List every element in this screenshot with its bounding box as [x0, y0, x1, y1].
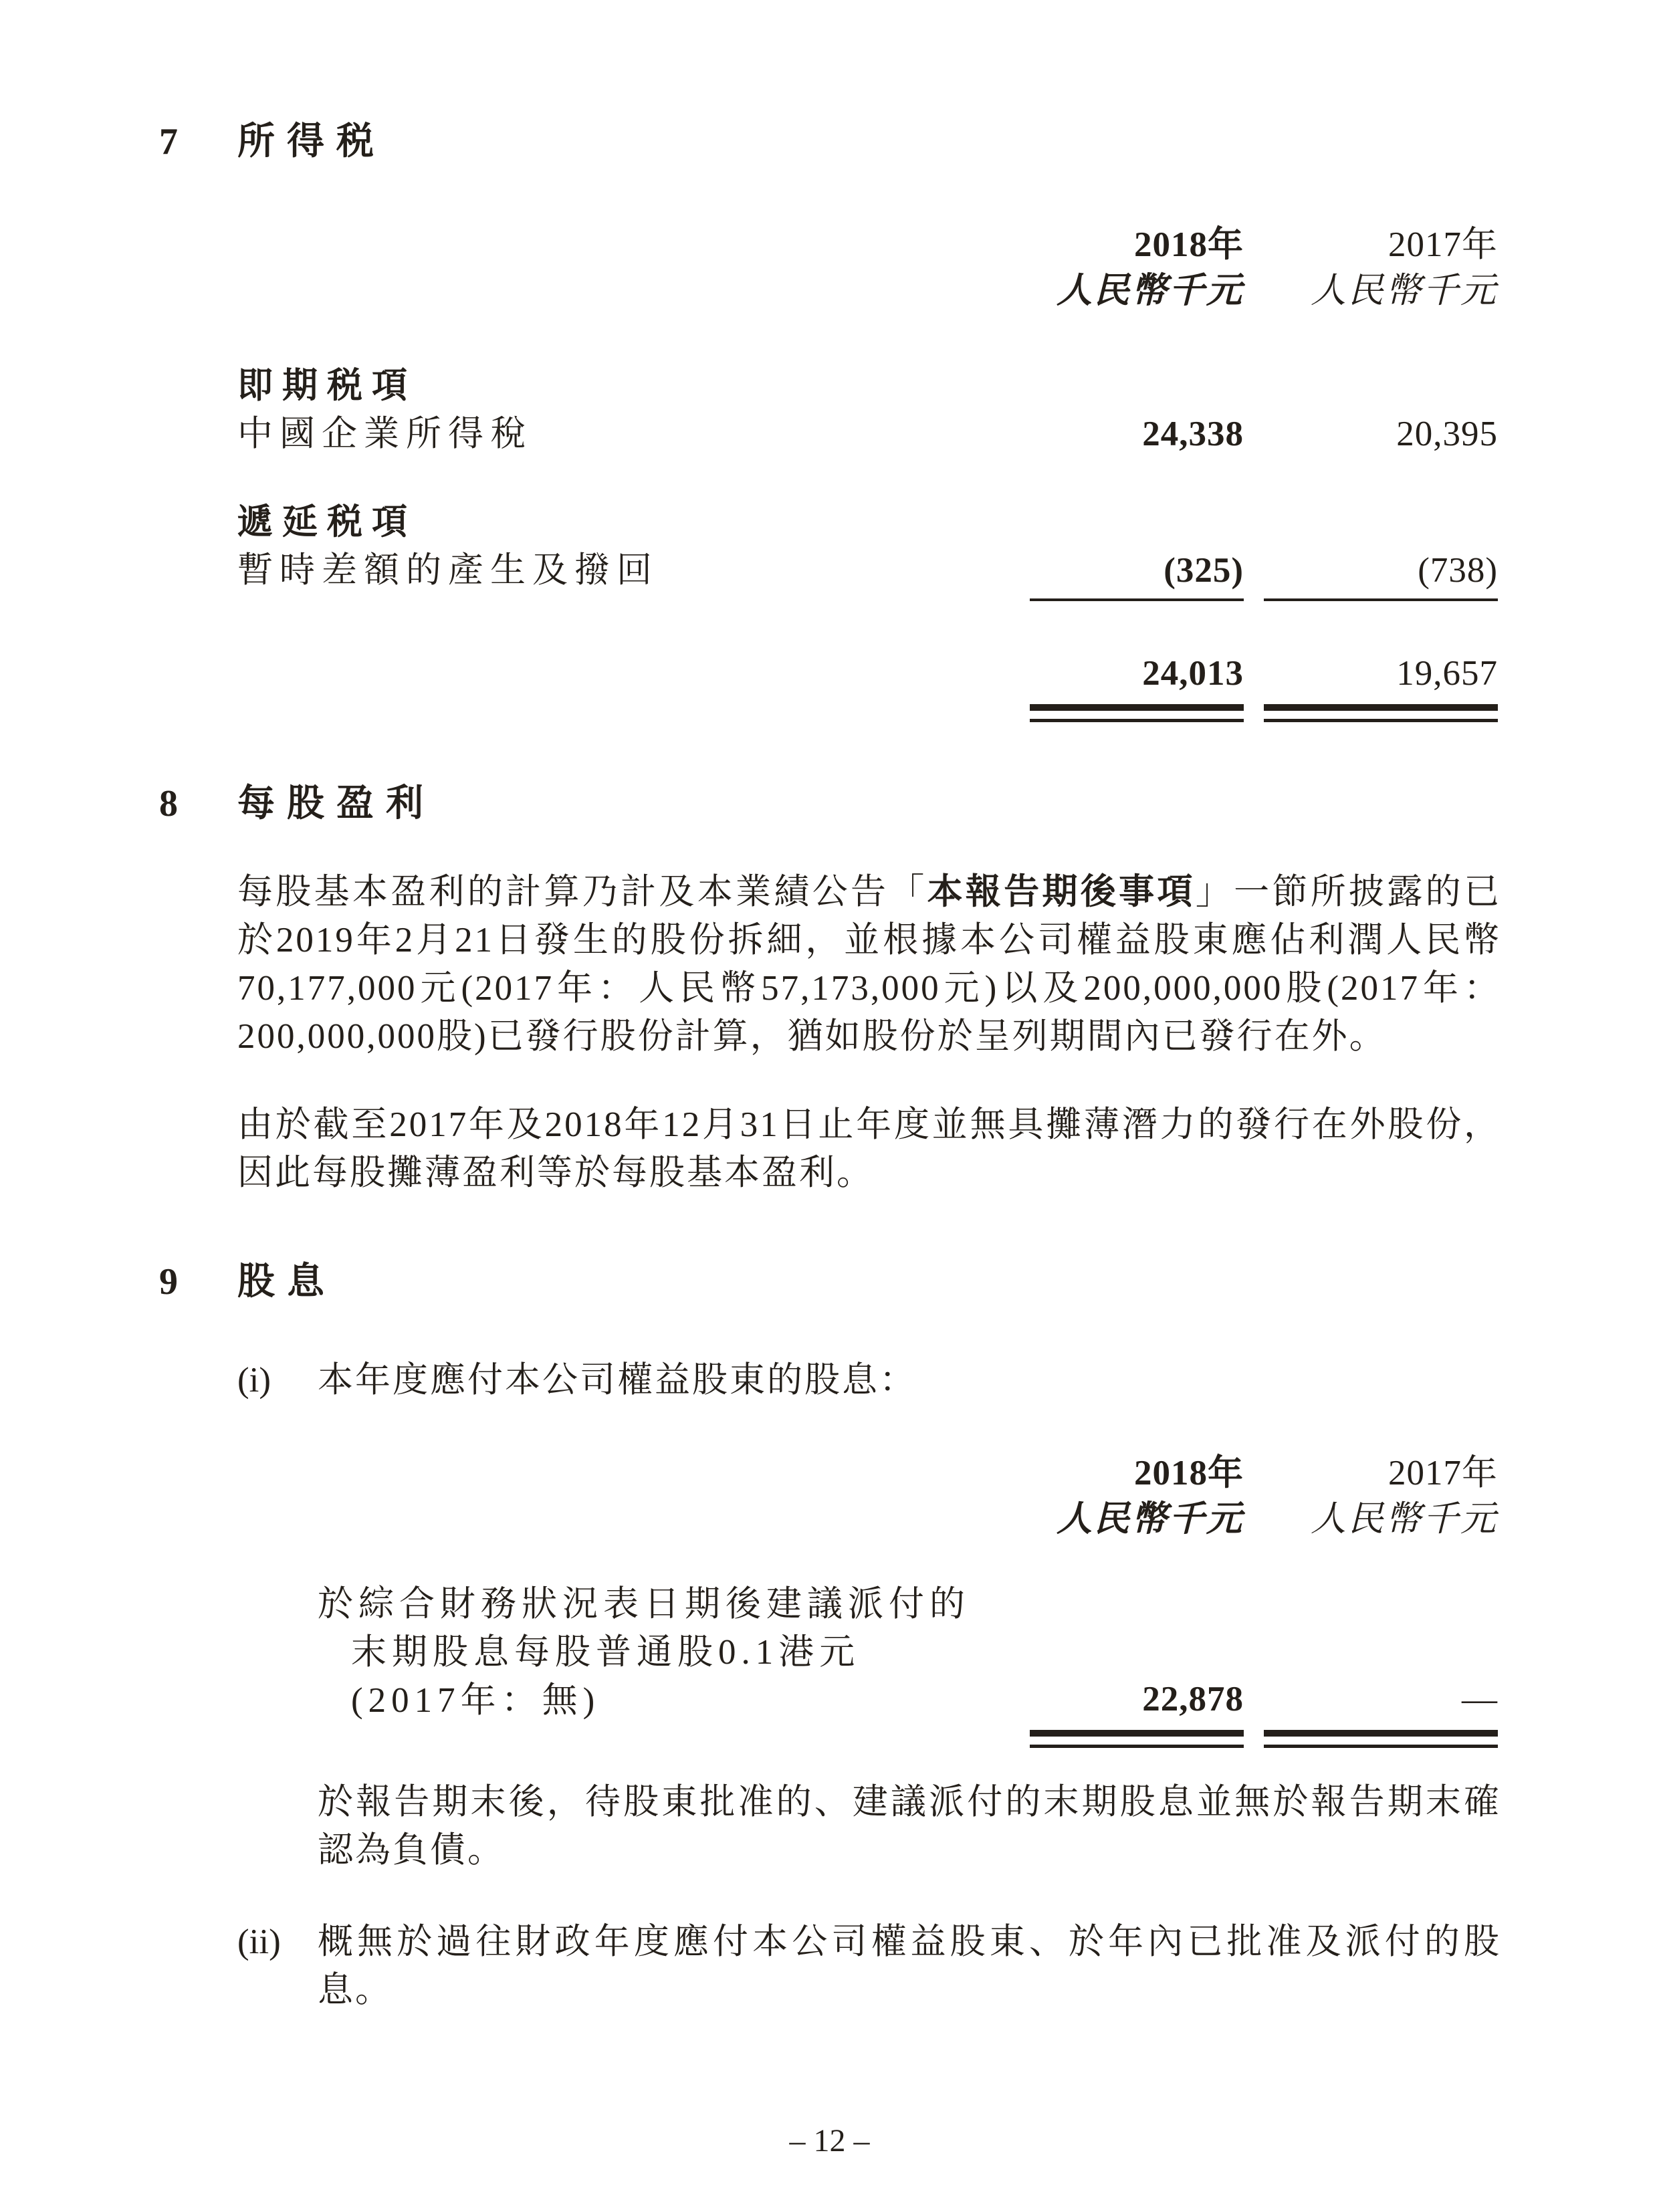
proposed-final-dividend-label: 於綜合財務狀況表日期後建議派付的 末期股息每股普通股0.1港元 (2017年：無… — [237, 1580, 1010, 1725]
double-rule-2018 — [1030, 704, 1244, 722]
single-rule-2018 — [1030, 598, 1244, 601]
col-2017-unit-header: 人民幣千元 — [1264, 1495, 1498, 1543]
current-tax-group-row: 即期税項 — [237, 362, 1498, 410]
table-header-year-row: 2018年 2017年 — [237, 1451, 1498, 1495]
deferred-tax-group-row: 遞延税項 — [237, 498, 1498, 546]
table-header-year-row: 2018年 2017年 — [237, 223, 1498, 267]
china-eit-2017-value: 20,395 — [1264, 410, 1498, 458]
table-header-unit-row: 人民幣千元 人民幣千元 — [237, 1495, 1498, 1543]
single-rule-2017 — [1264, 598, 1498, 601]
item-i-marker: (i) — [237, 1356, 318, 1404]
double-rule-2018 — [1030, 1730, 1244, 1748]
dividend-2017-value: — — [1264, 1675, 1498, 1725]
section-number: 7 — [159, 118, 237, 166]
col-2018-unit-header: 人民幣千元 — [1030, 1495, 1244, 1543]
dividend-label-line-2: 末期股息每股普通股0.1港元 — [351, 1628, 1010, 1676]
col-2018-unit-header: 人民幣千元 — [1030, 267, 1244, 315]
proposed-final-dividend-row: 於綜合財務狀況表日期後建議派付的 末期股息每股普通股0.1港元 (2017年：無… — [237, 1580, 1498, 1725]
eps-paragraph-2: 由於截至2017年及2018年12月31日止年度並無具攤薄潛力的發行在外股份，因… — [237, 1101, 1501, 1197]
col-2017-year-header: 2017年 — [1264, 1451, 1498, 1495]
deferred-tax-group-label: 遞延税項 — [237, 498, 1010, 546]
page-number: – 12 – — [0, 2117, 1659, 2165]
item-ii-text: 概無於過往財政年度應付本公司權益股東、於年內已批准及派付的股息。 — [318, 1918, 1501, 2014]
temporary-differences-2018-value: (325) — [1030, 546, 1244, 594]
section-title: 所得税 — [237, 117, 386, 165]
section-number: 8 — [159, 780, 237, 828]
dividend-2018-value: 22,878 — [1030, 1675, 1244, 1725]
dividend-item-ii: (ii) 概無於過往財政年度應付本公司權益股東、於年內已批准及派付的股息。 — [237, 1918, 1501, 2014]
subtotal-rule-row — [237, 598, 1498, 601]
section-heading-income-tax: 7 所得税 — [159, 117, 1659, 166]
dividend-label-line-1: 於綜合財務狀況表日期後建議派付的 — [318, 1580, 1010, 1628]
double-rule-2017 — [1264, 1730, 1498, 1748]
section-heading-eps: 8 每股盈利 — [159, 779, 1659, 828]
dividend-label-line-3: (2017年：無) — [351, 1676, 1010, 1725]
dividend-item-i: (i) 本年度應付本公司權益股東的股息： — [237, 1356, 1501, 1404]
dividends-table: 2018年 2017年 人民幣千元 人民幣千元 於綜合財務狀況表日期後建議派付的… — [237, 1451, 1498, 1748]
temporary-differences-label: 暫時差額的產生及撥回 — [237, 546, 1010, 594]
income-tax-total-row: 24,013 19,657 — [237, 649, 1498, 697]
total-2017-value: 19,657 — [1264, 649, 1498, 697]
dividend-note-paragraph: 於報告期末後，待股東批准的、建議派付的末期股息並無於報告期末確認為負債。 — [318, 1778, 1501, 1874]
current-tax-group-label: 即期税項 — [237, 362, 1010, 410]
temporary-differences-row: 暫時差額的產生及撥回 (325) (738) — [237, 546, 1498, 594]
double-rule-2017 — [1264, 704, 1498, 722]
table-header-unit-row: 人民幣千元 人民幣千元 — [237, 267, 1498, 315]
post-period-events-bold: 本報告期後事項 — [927, 872, 1196, 911]
col-2018-year-header: 2018年 — [1030, 1451, 1244, 1495]
total-2018-value: 24,013 — [1030, 649, 1244, 697]
china-eit-row: 中國企業所得稅 24,338 20,395 — [237, 410, 1498, 458]
section-title: 股息 — [237, 1257, 336, 1305]
item-ii-marker: (ii) — [237, 1918, 318, 2014]
section-title: 每股盈利 — [237, 779, 435, 827]
china-eit-label: 中國企業所得稅 — [237, 410, 1010, 458]
col-2018-year-header: 2018年 — [1030, 223, 1244, 267]
dividend-rule-row — [237, 1730, 1498, 1748]
col-2017-year-header: 2017年 — [1264, 223, 1498, 267]
eps-paragraph-1-pre: 每股基本盈利的計算乃計及本業績公告「 — [237, 873, 927, 911]
temporary-differences-2017-value: (738) — [1264, 546, 1498, 594]
col-2017-unit-header: 人民幣千元 — [1264, 267, 1498, 315]
total-rule-row — [237, 704, 1498, 722]
section-number: 9 — [159, 1258, 237, 1306]
eps-paragraph-1: 每股基本盈利的計算乃計及本業績公告「本報告期後事項」一節所披露的已於2019年2… — [237, 868, 1501, 1061]
section-heading-dividends: 9 股息 — [159, 1257, 1659, 1306]
china-eit-2018-value: 24,338 — [1030, 410, 1244, 458]
income-tax-table: 2018年 2017年 人民幣千元 人民幣千元 即期税項 中國企業所得稅 24,… — [237, 223, 1498, 722]
document-page: 7 所得税 2018年 2017年 人民幣千元 人民幣千元 即期税項 中國企業所… — [0, 0, 1659, 2212]
item-i-text: 本年度應付本公司權益股東的股息： — [318, 1356, 1501, 1404]
